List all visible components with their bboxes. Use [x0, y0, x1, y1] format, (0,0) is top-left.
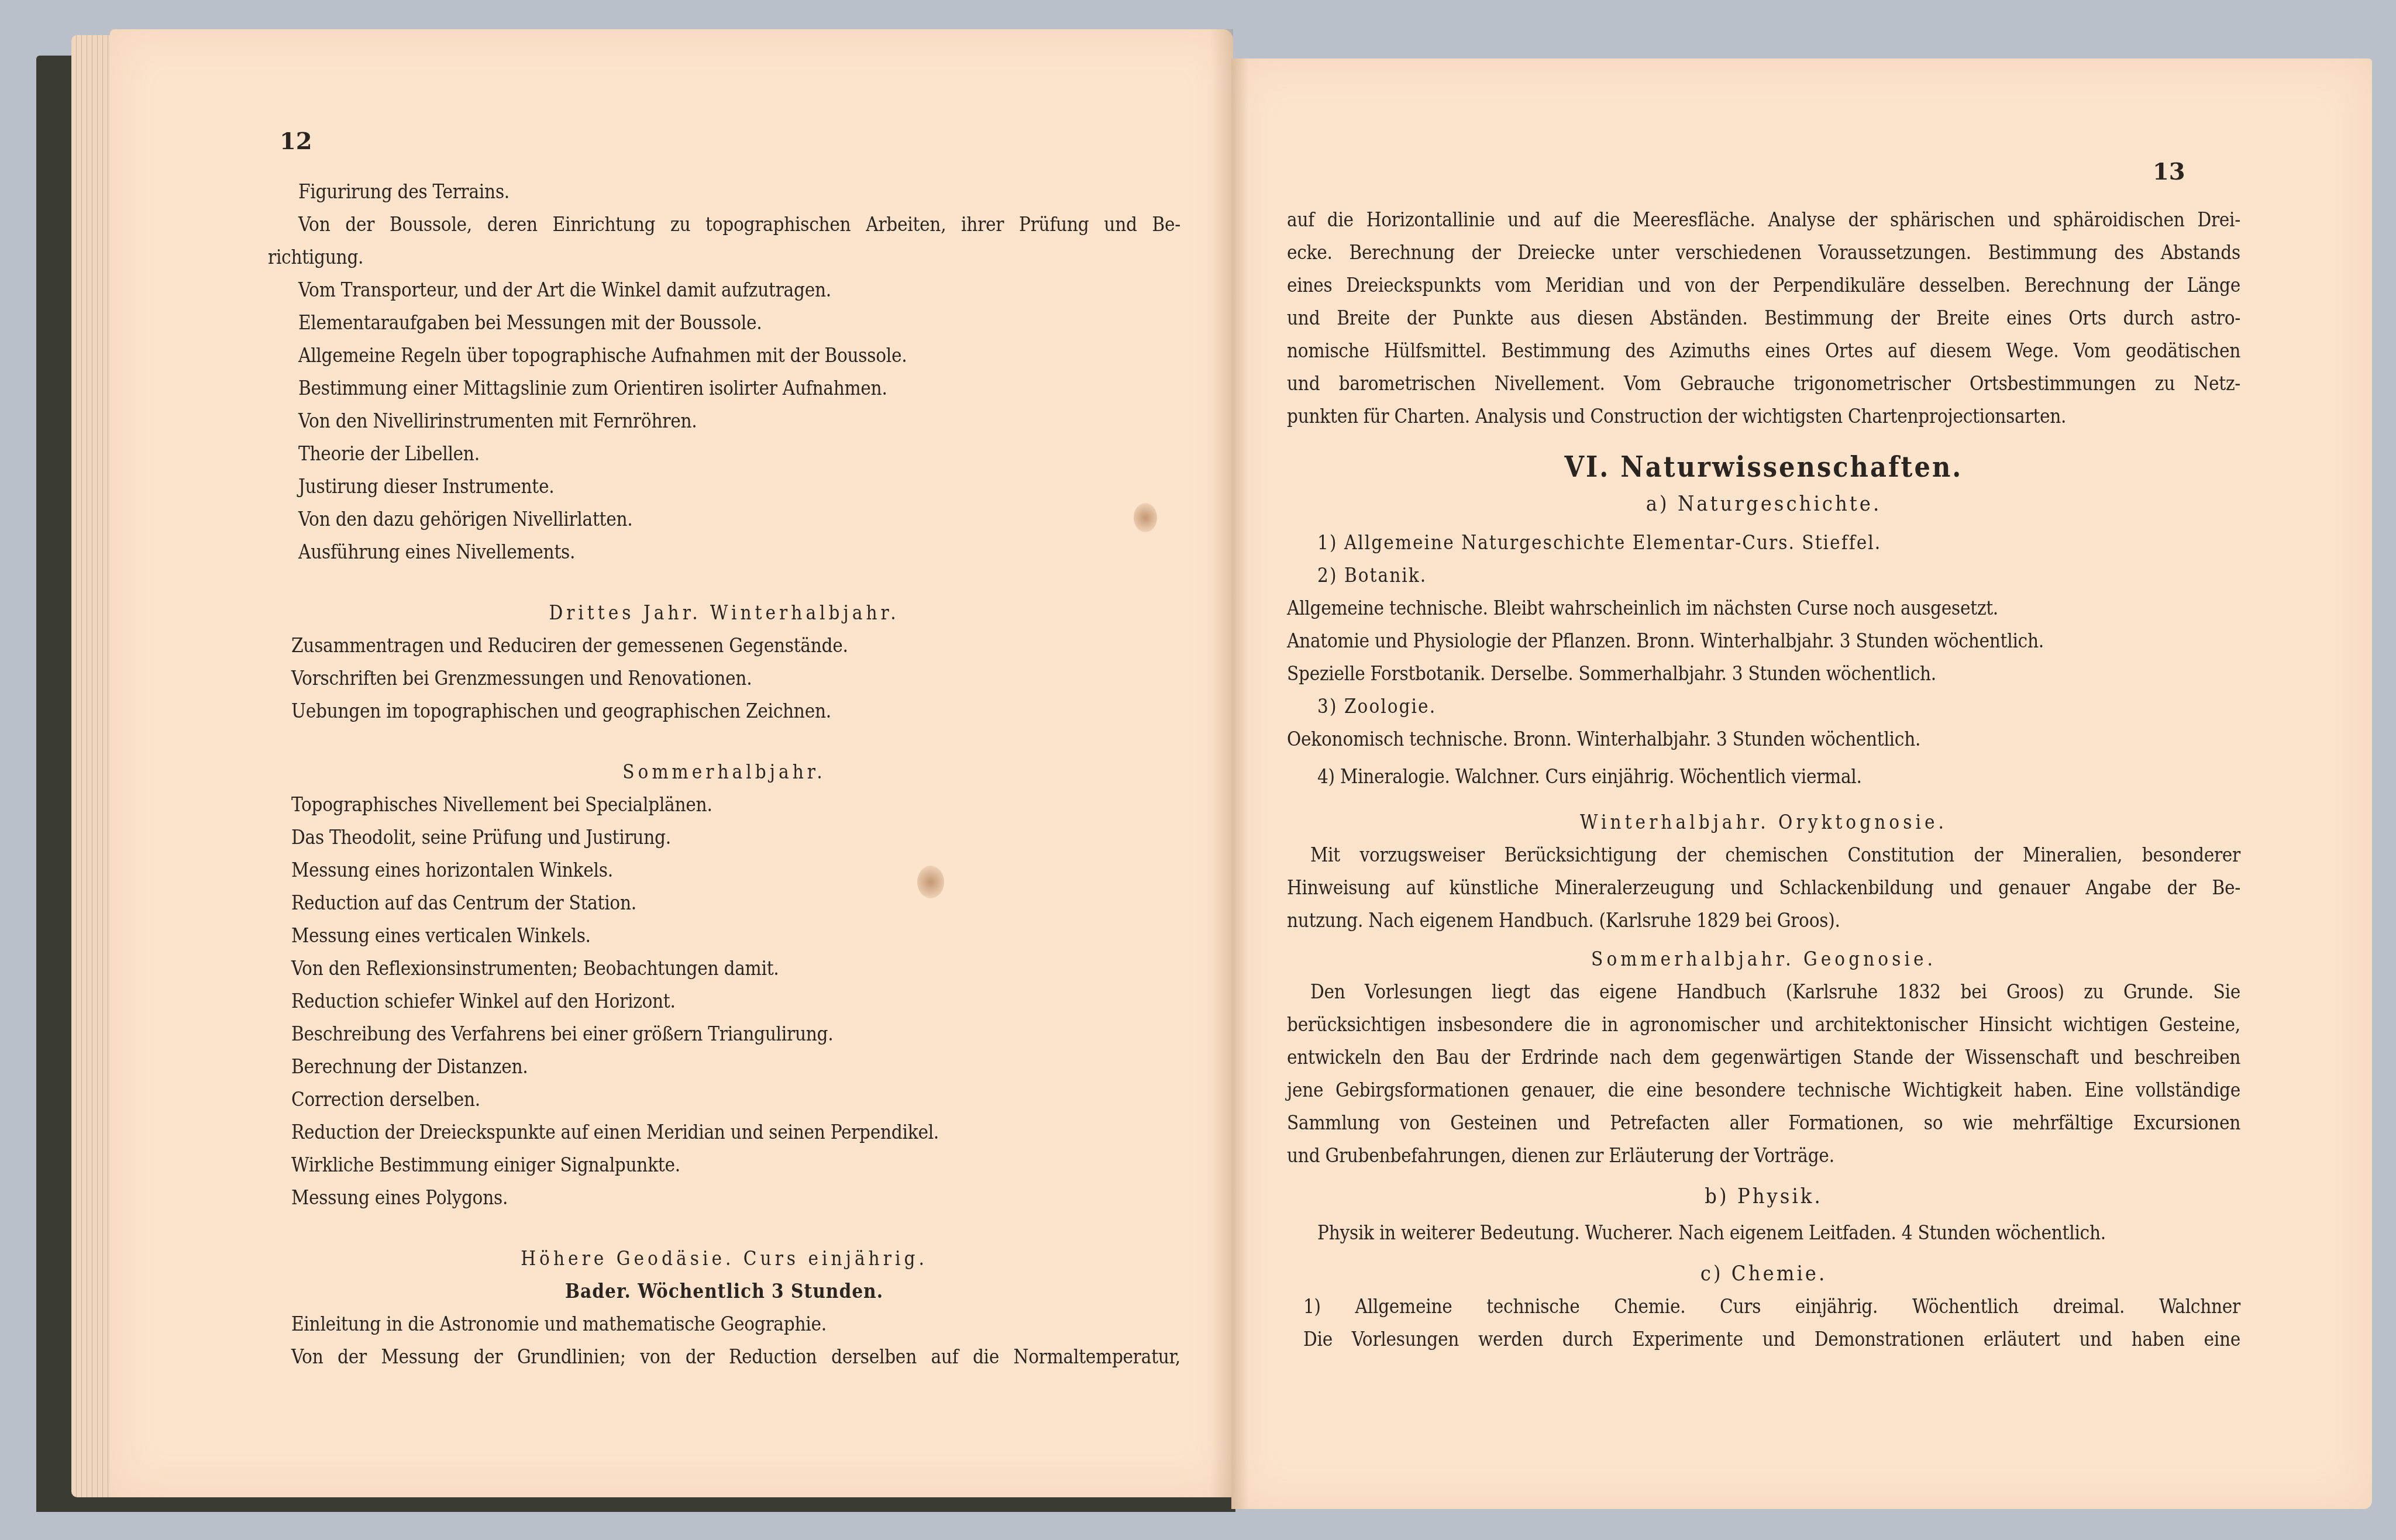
text-line: Bestimmung einer Mittagslinie zum Orient… [268, 372, 1180, 405]
text-line: Spezielle Forstbotanik. Derselbe. Sommer… [1287, 657, 2240, 690]
text-line: nomische Hülfsmittel. Bestimmung des Azi… [1287, 335, 2240, 367]
chemistry-lines: 1) Allgemeine technische Chemie. Curs ei… [1287, 1290, 2240, 1356]
text-line: Figurirung des Terrains. [268, 175, 1180, 208]
text-line: Berechnung der Distanzen. [268, 1050, 1180, 1083]
text-line: Von der Boussole, deren Einrichtung zu t… [268, 208, 1180, 241]
left-page-body: Figurirung des Terrains. Von der Boussol… [268, 175, 1180, 1373]
text-line: Vom Transporteur, und der Art die Winkel… [268, 274, 1180, 306]
text-line: punkten für Charten. Analysis und Constr… [1287, 400, 2240, 433]
paragraph-geodesy-continued: auf die Horizontallinie und auf die Meer… [1287, 204, 2240, 433]
physics-course-line: Physik in weiterer Bedeutung. Wucherer. … [1287, 1217, 2240, 1249]
text-line: Theorie der Libellen. [268, 437, 1180, 470]
text-line: Von der Messung der Grundlinien; von der… [268, 1341, 1180, 1373]
subheading-oryctognosy: Winterhalbjahr. Oryktognosie. [1287, 806, 2240, 839]
text-line: Mit vorzugsweiser Berücksichtigung der c… [1287, 839, 2240, 871]
section-heading-summer: Sommerhalbjahr. [268, 756, 1180, 788]
text-line: auf die Horizontallinie und auf die Meer… [1287, 204, 2240, 236]
course-item-botany: 2) Botanik. [1287, 559, 2240, 592]
geodesy-teacher-line: Bader. Wöchentlich 3 Stunden. [268, 1275, 1180, 1308]
line-group-summer: Topographisches Nivellement bei Specialp… [268, 788, 1180, 1214]
text-line: Justirung dieser Instrumente. [268, 470, 1180, 503]
paragraph-oryctognosy: Mit vorzugsweiser Berücksichtigung der c… [1287, 839, 2240, 937]
text-line: Correction derselben. [268, 1083, 1180, 1116]
course-item-zoology: 3) Zoologie. [1287, 690, 2240, 723]
text-line: Hinweisung auf künstliche Mineralerzeugu… [1287, 871, 2240, 904]
text-line: Wirkliche Bestimmung einiger Signalpunkt… [268, 1149, 1180, 1181]
text-line: nutzung. Nach eigenem Handbuch. (Karlsru… [1287, 904, 2240, 937]
paragraph-geognosy: Den Vorlesungen liegt das eigene Handbuc… [1287, 976, 2240, 1172]
botany-lines: Allgemeine technische. Bleibt wahrschein… [1287, 592, 2240, 690]
text-line: Elementaraufgaben bei Messungen mit der … [268, 306, 1180, 339]
subsection-heading-chemistry: c) Chemie. [1287, 1258, 2240, 1290]
section-heading-geodesy: Höhere Geodäsie. Curs einjährig. [268, 1242, 1180, 1275]
text-line: Zusammentragen und Reduciren der gemesse… [268, 629, 1180, 662]
gutter-shadow [1231, 58, 1249, 1509]
text-line: Oekonomisch technische. Bronn. Winterhal… [1287, 723, 2240, 756]
text-line: Reduction der Dreieckspunkte auf einen M… [268, 1116, 1180, 1149]
text-line: richtigung. [268, 241, 1180, 274]
text-line: Von den Nivellirinstrumenten mit Fernröh… [268, 405, 1180, 437]
text-line: Messung eines Polygons. [268, 1181, 1180, 1214]
text-line: Reduction auf das Centrum der Station. [268, 887, 1180, 919]
text-line: ecke. Berechnung der Dreiecke unter vers… [1287, 236, 2240, 269]
line-group-geodesy: Einleitung in die Astronomie und mathema… [268, 1308, 1180, 1373]
text-line: eines Dreieckspunkts vom Meridian und vo… [1287, 269, 2240, 302]
text-line: Die Vorlesungen werden durch Experimente… [1287, 1323, 2240, 1356]
course-item-general-natural-history: 1) Allgemeine Naturgeschichte Elementar-… [1287, 526, 2240, 559]
text-line: Von den Reflexionsinstrumenten; Beobacht… [268, 952, 1180, 985]
text-line: 1) Allgemeine technische Chemie. Curs ei… [1287, 1290, 2240, 1323]
text-line: Uebungen im topographischen und geograph… [268, 695, 1180, 728]
right-page: 13 auf die Horizontallinie und auf die M… [1231, 58, 2372, 1509]
text-line: Von den dazu gehörigen Nivellirlatten. [268, 503, 1180, 536]
text-line: berücksichtigen insbesondere die in agro… [1287, 1008, 2240, 1041]
subsection-heading-physics: b) Physik. [1287, 1180, 2240, 1213]
subsection-heading-natural-history: a) Naturgeschichte. [1287, 488, 2240, 521]
page-number: 12 [280, 128, 312, 155]
right-page-body: auf die Horizontallinie und auf die Meer… [1287, 204, 2240, 1356]
text-line: jene Gebirgsformationen genauer, die ein… [1287, 1074, 2240, 1107]
text-line: und Grubenbefahrungen, dienen zur Erläut… [1287, 1139, 2240, 1172]
text-line: Allgemeine Regeln über topographische Au… [268, 339, 1180, 372]
text-line: Den Vorlesungen liegt das eigene Handbuc… [1287, 976, 2240, 1008]
text-line: Sammlung von Gesteinen und Petrefacten a… [1287, 1107, 2240, 1139]
text-line: entwickeln den Bau der Erdrinde nach dem… [1287, 1041, 2240, 1074]
text-line: Vorschriften bei Grenzmessungen und Reno… [268, 662, 1180, 695]
section-heading-third-year-winter: Drittes Jahr. Winterhalbjahr. [268, 597, 1180, 629]
text-line: Messung eines verticalen Winkels. [268, 919, 1180, 952]
text-line: Das Theodolit, seine Prüfung und Justiru… [268, 821, 1180, 854]
line-group-winter: Zusammentragen und Reduciren der gemesse… [268, 629, 1180, 728]
gutter-shadow [1210, 29, 1233, 1497]
text-line: Allgemeine technische. Bleibt wahrschein… [1287, 592, 2240, 625]
text-line: und Breite der Punkte aus diesen Abständ… [1287, 302, 2240, 335]
text-line: Beschreibung des Verfahrens bei einer gr… [268, 1018, 1180, 1050]
text-line: Einleitung in die Astronomie und mathema… [268, 1308, 1180, 1341]
subheading-geognosy: Sommerhalbjahr. Geognosie. [1287, 943, 2240, 976]
left-page: 12 Figurirung des Terrains. Von der Bous… [110, 29, 1233, 1497]
text-line: und barometrischen Nivellement. Vom Gebr… [1287, 367, 2240, 400]
text-line: Messung eines horizontalen Winkels. [268, 854, 1180, 887]
course-item-mineralogy: 4) Mineralogie. Walchner. Curs einjährig… [1287, 760, 2240, 793]
text-line: Ausführung eines Nivellements. [268, 536, 1180, 569]
text-line: Reduction schiefer Winkel auf den Horizo… [268, 985, 1180, 1018]
line-group-top: Figurirung des Terrains. Von der Boussol… [268, 175, 1180, 569]
text-line: Topographisches Nivellement bei Specialp… [268, 788, 1180, 821]
section-title: VI. Naturwissenschaften. [1287, 447, 2240, 488]
text-line: Anatomie und Physiologie der Pflanzen. B… [1287, 625, 2240, 657]
page-number: 13 [2153, 158, 2185, 185]
